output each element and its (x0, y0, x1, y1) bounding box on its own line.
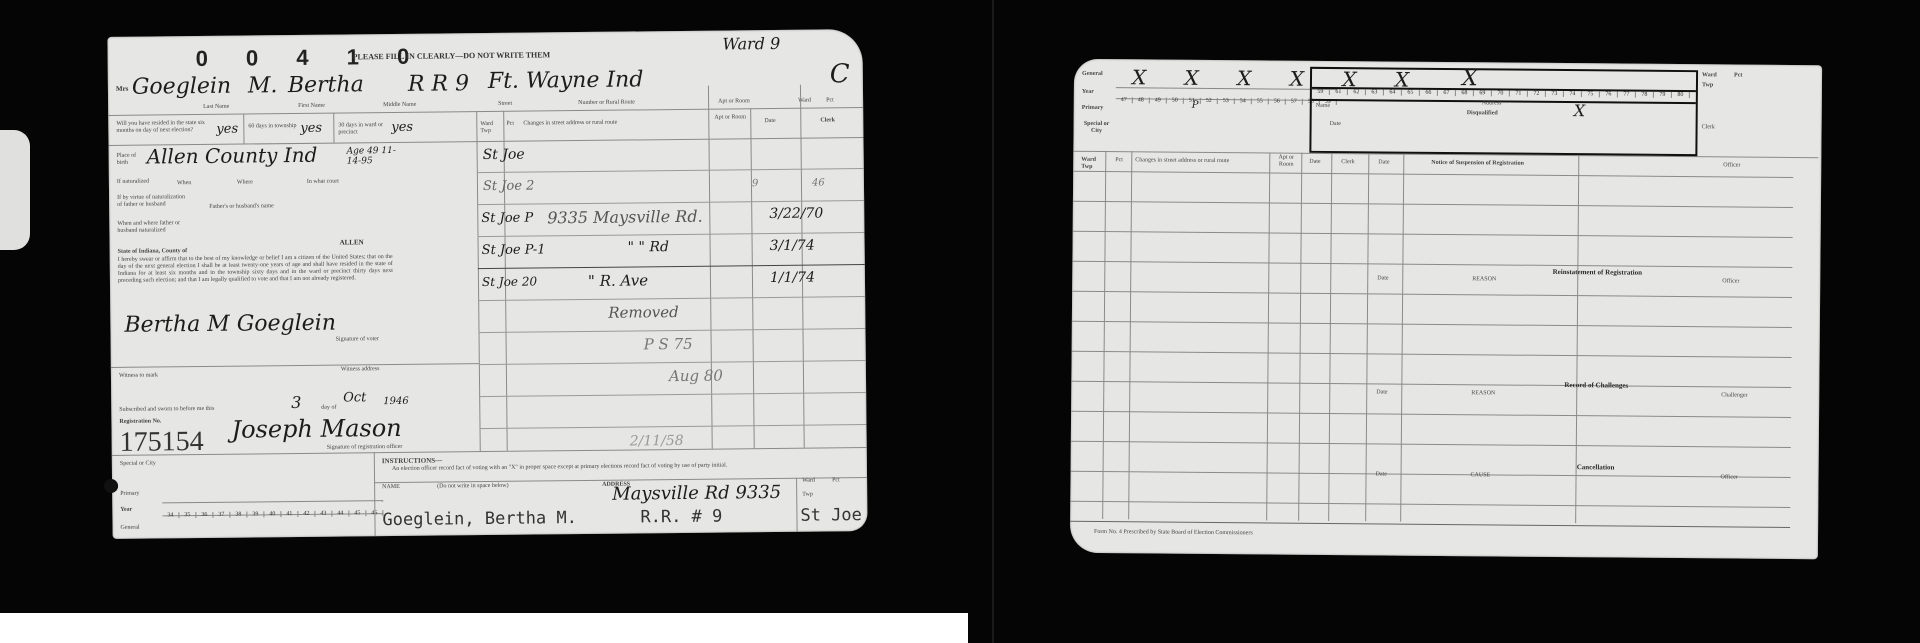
reinstatement-title: Reinstatement of Registration (1402, 267, 1792, 278)
col-officer: Officer (1723, 162, 1740, 169)
row-label-general: General (1082, 71, 1103, 78)
col-pct: Pct (506, 121, 514, 128)
street: R R 9 (408, 71, 469, 97)
changes-row: St Joe (477, 137, 864, 173)
primary-mark: P (1192, 100, 1199, 111)
col-date: Date (764, 118, 775, 125)
day-of-label: day of (321, 405, 336, 412)
year-row: 34353637383940414243444546 (162, 500, 383, 516)
label-first-name: First Name (298, 103, 325, 110)
col-apt-room: Apt or Room (713, 114, 747, 121)
reinstatement-reason: REASON (1472, 276, 1496, 283)
footer-no-write: (Do not write in space below) (437, 483, 509, 491)
grid-label-primary: Primary (120, 491, 139, 498)
residency-state-label: Will you have resided in the state six m… (116, 120, 216, 135)
officer-signature-label: Signature of registration officer (327, 444, 403, 452)
voter-signature-label: Signature of voter (336, 336, 379, 343)
col-suspension: Notice of Suspension of Registration (1431, 160, 1524, 168)
sworn-year: 1946 (383, 396, 409, 407)
footer-address-handwritten: Maysville Rd 9335 (612, 482, 781, 505)
challenges-date: Date (1376, 389, 1387, 396)
changes-row: St Joe 2 9 46 (477, 169, 864, 205)
subscribed-label: Subscribed and sworn to before me this (119, 406, 214, 414)
blank-bar (0, 613, 968, 643)
changes-table: St Joe St Joe 2 9 46 St Joe P 9335 Maysv… (477, 137, 867, 460)
instructions-text: An election officer record fact of votin… (392, 462, 802, 473)
residency-state-answer: yes (216, 122, 238, 137)
witness-address-label: Witness address (341, 366, 380, 373)
changes-row: P S 75 (479, 329, 866, 365)
officer-signature: Joseph Mason (231, 414, 401, 444)
col-changes: Changes in street address or rural route (523, 120, 617, 128)
challenges-challenger: Challenger (1721, 392, 1747, 399)
residency-township-label: 60 days in township (248, 123, 298, 131)
cancellation-cause: CAUSE (1471, 472, 1491, 479)
clerk-label: Clerk (1702, 124, 1715, 131)
reinstatement-officer: Officer (1722, 278, 1739, 285)
adjacent-card-edge (0, 130, 30, 250)
changes-row (479, 393, 866, 429)
registration-card-front: 0 0 4 1 0 PLEASE FILL IN CLEARLY—DO NOT … (107, 29, 867, 539)
grid-label-general: General (121, 525, 140, 532)
father-husband-label: If by virtue of naturalization of father… (117, 194, 185, 209)
label-street: Street (498, 101, 512, 108)
age-note: Age 49 11-14-95 (347, 146, 407, 167)
grid-address-label: Address (1482, 100, 1502, 107)
residency-ward-label: 30 days in ward or precinct (338, 122, 393, 137)
label-pct: Pct (826, 97, 834, 104)
cancellation-officer: Officer (1721, 474, 1738, 481)
naturalized-court-label: In what court (307, 179, 339, 186)
footer-address-typed: R.R. # 9 (640, 507, 722, 528)
changes-row: St Joe P 9335 Maysville Rd. 3/22/70 (477, 201, 864, 237)
prefix-label: Mrs (116, 85, 129, 93)
registration-no-label: Registration No. (119, 418, 161, 425)
punch-hole (104, 479, 118, 493)
county: ALLEN (340, 238, 364, 246)
voter-signature: Bertha M Goeglein (124, 311, 336, 338)
first-name: M. (248, 73, 278, 98)
col-ward-twp: Ward Twp (480, 121, 502, 135)
footer-twp-label: Twp (802, 492, 813, 499)
col-date-2: Date (1378, 159, 1389, 166)
changes-row: St Joe 20 " R. Ave 1/1/74 (478, 265, 865, 301)
residency-ward-answer: yes (391, 120, 413, 135)
top-right-handwriting: Ward 9 (722, 34, 780, 54)
label-apt-room: Apt or Room (718, 98, 750, 105)
residency-township-answer: yes (300, 121, 322, 136)
footer-pct-label: Pct (832, 477, 840, 484)
ward-label: Ward (1702, 72, 1717, 79)
oath-text: I hereby swear or affirm that to the bes… (118, 254, 393, 285)
when-where-label: When and where father or husband natural… (117, 220, 197, 235)
col-changes: Changes in street address or rural route (1135, 157, 1229, 165)
city: Ft. Wayne Ind (488, 67, 644, 94)
witness-label: Witness to mark (119, 372, 158, 379)
twp-label: Twp (1702, 82, 1713, 89)
year-row-right: 5961626364656667686970717273747576777879… (1312, 87, 1696, 104)
row-label-primary: Primary (1082, 105, 1104, 112)
form-footer: Form No. 4 Prescribed by State Board of … (1094, 529, 1253, 537)
challenges-reason: REASON (1471, 390, 1495, 397)
changes-row: 2/11/58 (480, 425, 867, 460)
footer-name-label: NAME (382, 484, 400, 491)
col-clerk: Clerk (820, 117, 835, 124)
row-label-special: Special or City (1082, 121, 1112, 135)
registration-card-back: General Year Primary Special or City 474… (1070, 59, 1822, 560)
changes-row: Removed (478, 297, 865, 333)
label-number-route: Number or Rural Route (578, 99, 635, 107)
middle-name: Bertha (288, 72, 364, 98)
footer-ward-label: Ward (802, 478, 815, 485)
last-name: Goeglein (132, 74, 231, 100)
footer-name-typed: Goeglein, Bertha M. (382, 508, 577, 530)
label-middle-name: Middle Name (383, 102, 416, 109)
sworn-day: 3 (291, 393, 301, 412)
label-last-name: Last Name (203, 104, 229, 111)
naturalized-label: If naturalized (117, 179, 149, 186)
grid-disqualified-label: Disqualified (1467, 110, 1498, 117)
col-apt-room: Apt or Room (1273, 154, 1299, 168)
grid-date-label: Date (1330, 121, 1341, 128)
grid-label-year: Year (120, 507, 132, 514)
grid-name-label: Name (1316, 103, 1330, 110)
grid-label-special: Special or City (120, 460, 160, 467)
birthplace: Allen County Ind (147, 143, 318, 169)
grid-x-mark: X (1462, 66, 1478, 91)
cancellation-date: Date (1376, 471, 1387, 478)
col-ward-twp: Ward Twp (1081, 157, 1103, 171)
vote-grid-right: 5961626364656667686970717273747576777879… (1309, 67, 1698, 156)
top-right-mark: C (830, 59, 850, 89)
county-label: State of Indiana, County of (118, 248, 188, 256)
reinstatement-date: Date (1377, 275, 1388, 282)
cancellation-title: Cancellation (1401, 462, 1791, 473)
header-notice: PLEASE FILL IN CLEARLY—DO NOT WRITE THEM (353, 50, 551, 61)
frame-divider (992, 0, 994, 643)
col-date: Date (1309, 159, 1320, 166)
instructions-title: INSTRUCTIONS— (382, 457, 442, 465)
col-clerk: Clerk (1341, 159, 1354, 166)
row-label-year: Year (1082, 89, 1094, 96)
changes-row: St Joe P-1 " " Rd 3/1/74 (478, 233, 865, 269)
changes-row: Aug 80 (479, 361, 866, 397)
father-husband-name-label: Father's or husband's name (209, 203, 274, 211)
birthplace-label: Place of birth (117, 153, 145, 167)
grid-x-mark-74: X (1574, 101, 1586, 120)
footer-township: St Joe (800, 505, 862, 526)
naturalized-when-label: When (177, 180, 191, 187)
pct-label: Pct (1734, 73, 1742, 80)
col-pct: Pct (1115, 157, 1123, 164)
challenges-title: Record of Challenges (1401, 380, 1791, 391)
sworn-month: Oct (343, 390, 366, 405)
naturalized-where-label: Where (237, 179, 253, 186)
